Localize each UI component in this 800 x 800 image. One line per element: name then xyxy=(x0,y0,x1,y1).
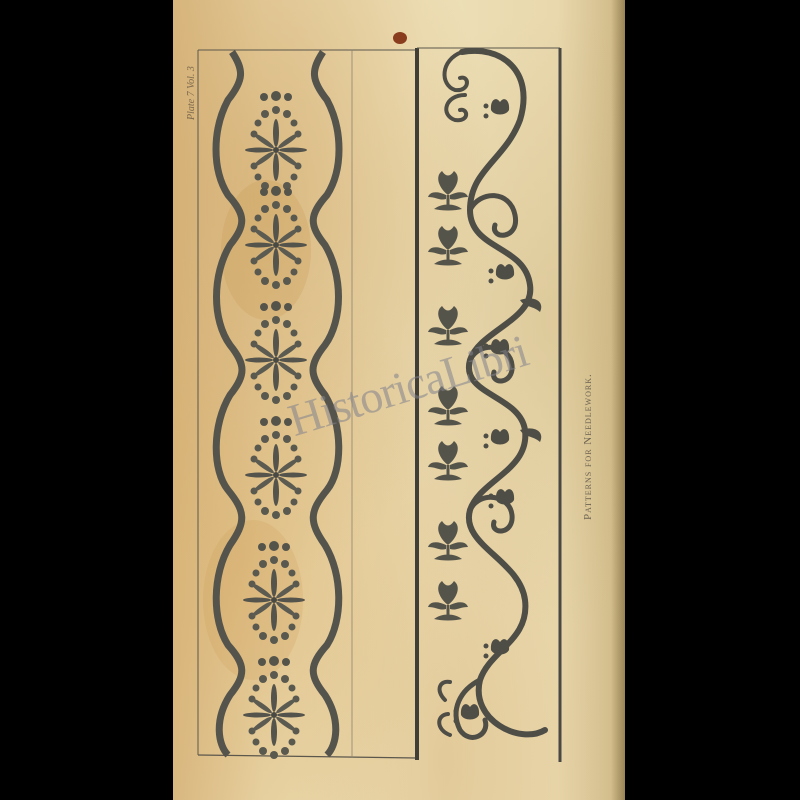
right-panel-motifs xyxy=(428,99,541,723)
plate-number-label: Plate 7 Vol. 3 xyxy=(186,66,197,120)
side-title: Patterns for Needlework. xyxy=(582,373,594,520)
